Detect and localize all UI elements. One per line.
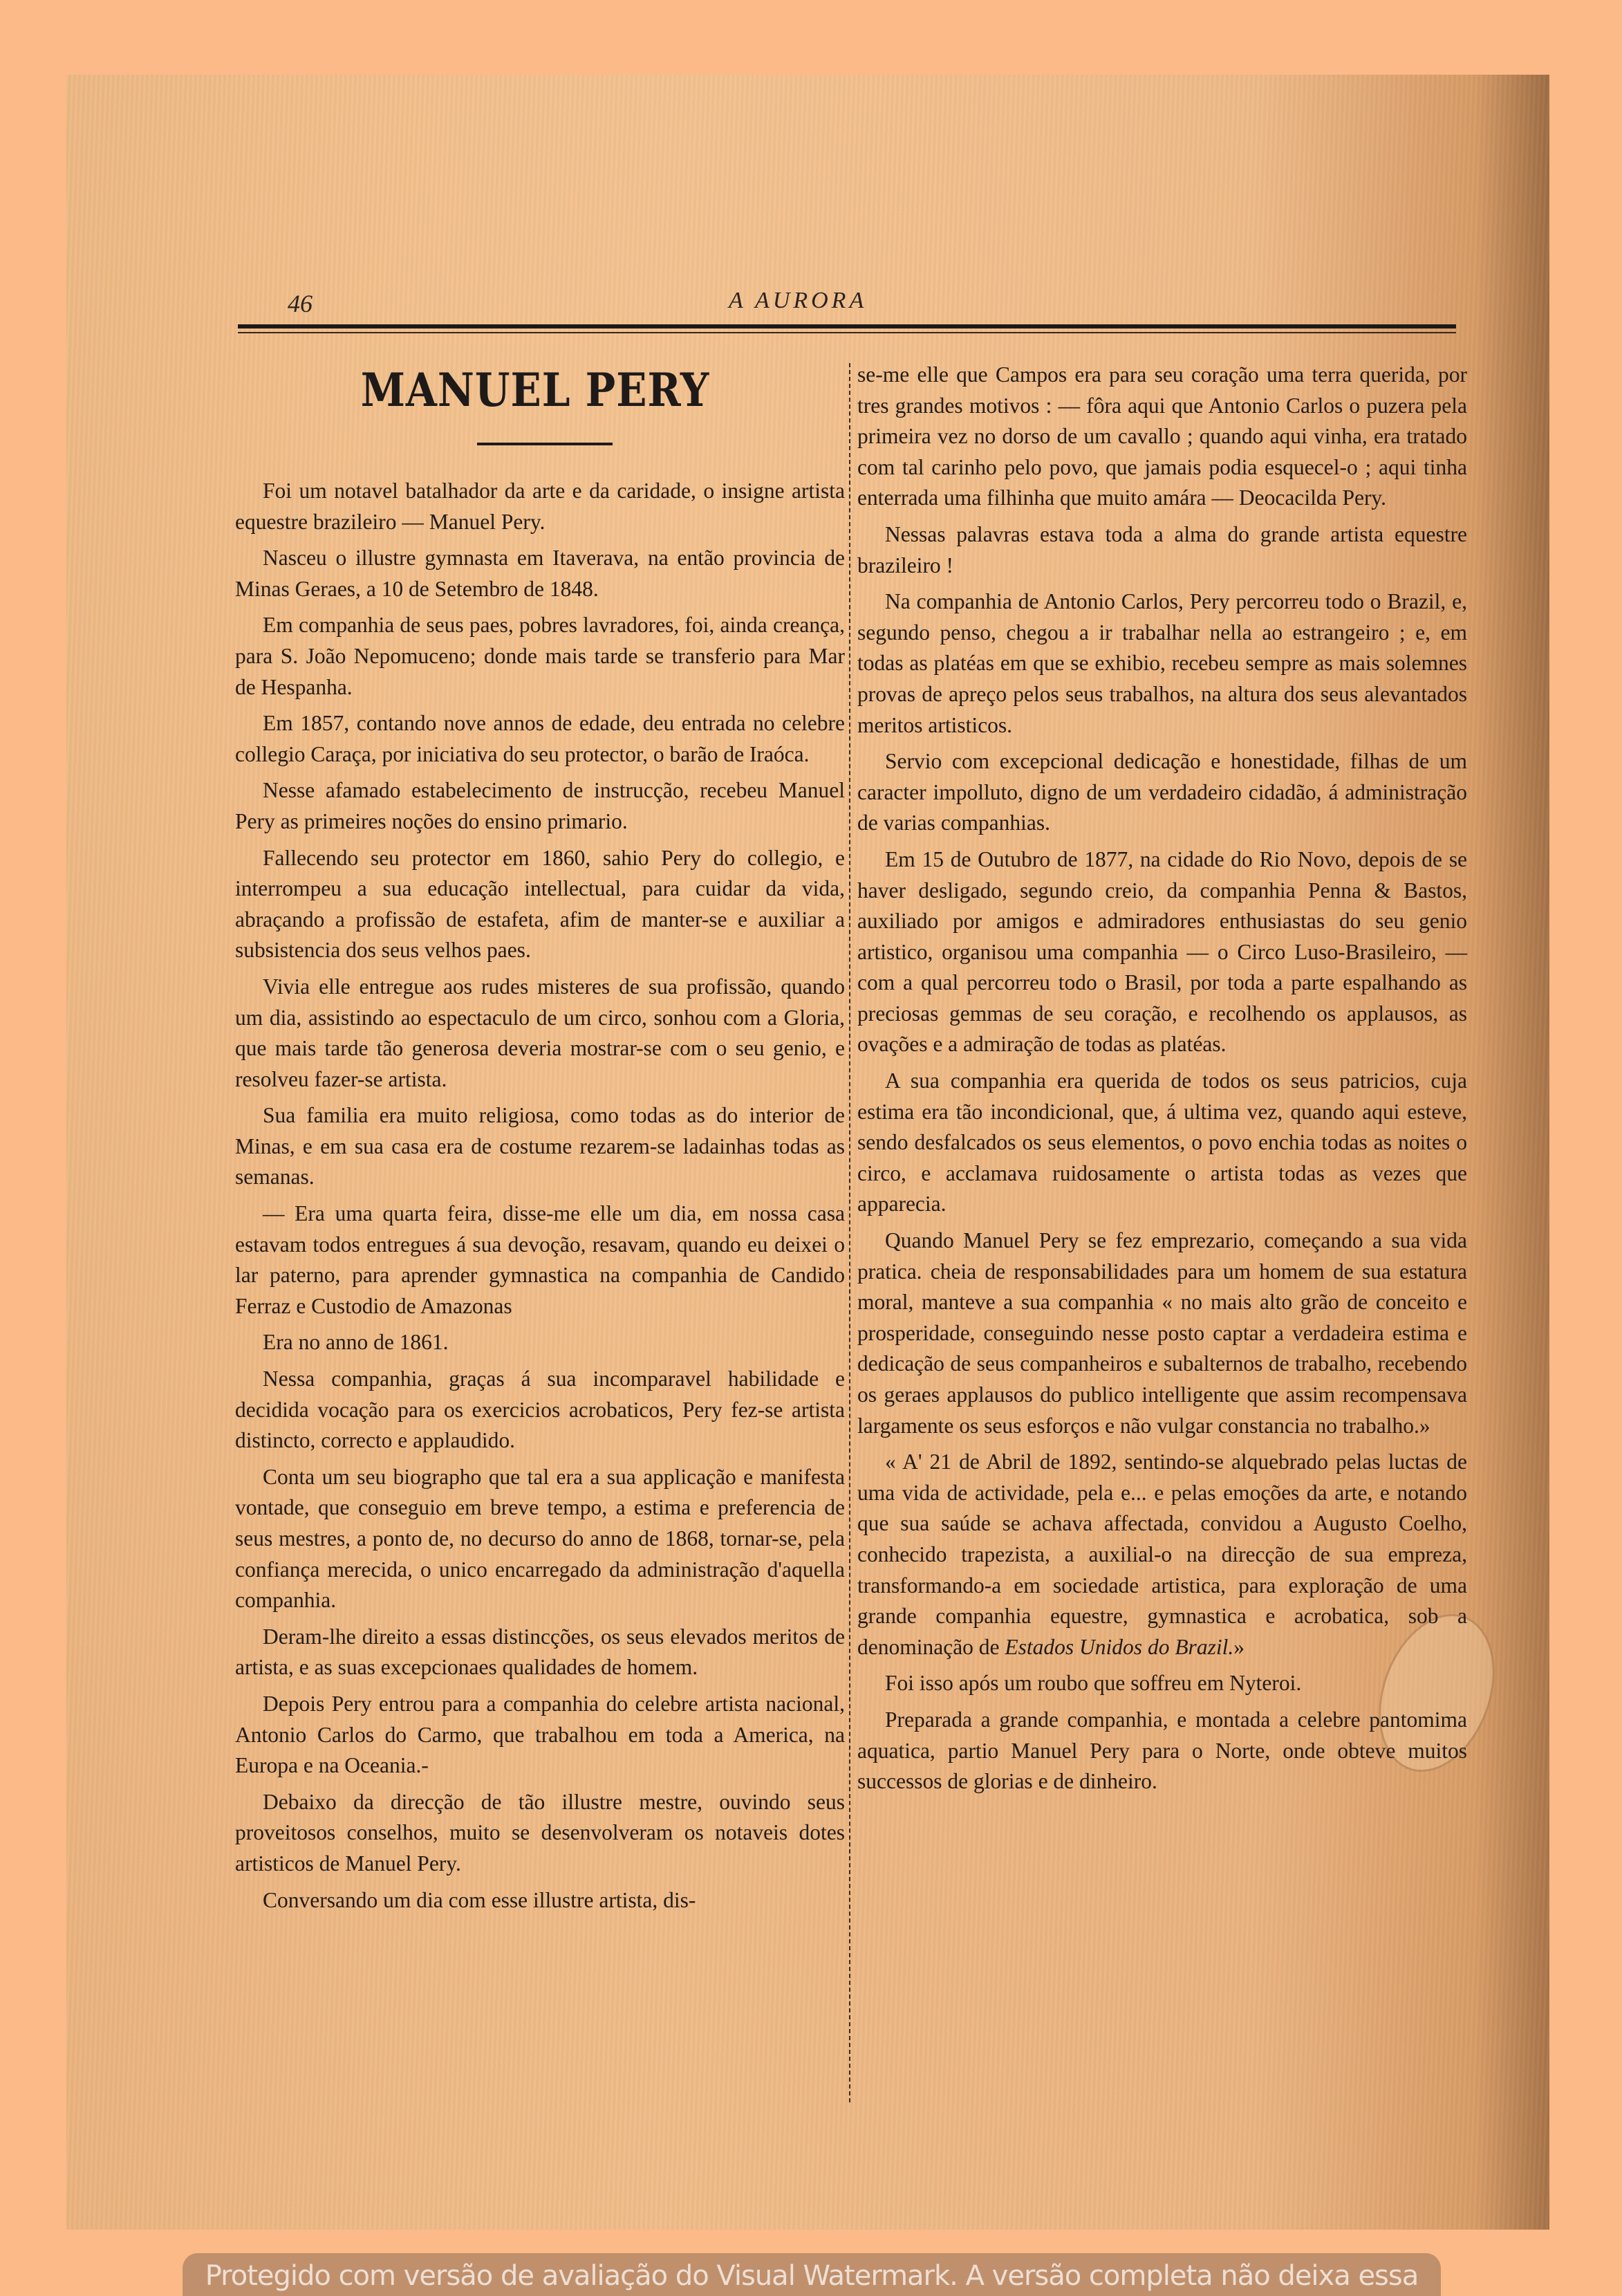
left-column: Foi um notavel batalhador da arte e da c… [235, 476, 845, 1921]
paragraph: Nessa companhia, graças á sua incomparav… [235, 1364, 845, 1456]
paragraph: Fallecendo seu protector em 1860, sahio … [235, 843, 845, 966]
paragraph: Nasceu o illustre gymnasta em Itaverava,… [235, 543, 845, 604]
paragraph: Sua familia era muito religiosa, como to… [235, 1100, 845, 1193]
paragraph: Conta um seu biographo que tal era a sua… [235, 1462, 845, 1616]
italic-company-name: Estados Unidos do Brazil. [1005, 1635, 1233, 1659]
paragraph: Nessas palavras estava toda a alma do gr… [857, 519, 1467, 581]
header-rule-thick [238, 324, 1456, 328]
column-separator [849, 363, 850, 2102]
paragraph: Preparada a grande companhia, e montada … [857, 1705, 1467, 1797]
paragraph: Em 15 de Outubro de 1877, na cidade do R… [857, 844, 1467, 1060]
paragraph: Debaixo da direcção de tão illustre mest… [235, 1787, 845, 1880]
paragraph: Na companhia de Antonio Carlos, Pery per… [857, 586, 1467, 741]
paragraph: « A' 21 de Abril de 1892, sentindo-se al… [857, 1447, 1467, 1663]
page-number: 46 [288, 289, 313, 318]
title-divider [477, 443, 613, 445]
header-rule-thin [238, 332, 1456, 333]
paragraph: Em 1857, contando nove annos de edade, d… [235, 708, 845, 770]
paragraph: Era no anno de 1861. [235, 1327, 845, 1358]
running-header: 46 A AURORA [238, 284, 1458, 318]
paragraph: Servio com excepcional dedicação e hones… [857, 746, 1467, 839]
watermark-notice: Protegido com versão de avaliação do Vis… [183, 2253, 1441, 2296]
paragraph: Depois Pery entrou para a companhia do c… [235, 1689, 845, 1781]
paragraph: Nesse afamado estabelecimento de instruc… [235, 775, 845, 837]
paragraph: Vivia elle entregue aos rudes misteres d… [235, 972, 845, 1095]
paragraph: Foi um notavel batalhador da arte e da c… [235, 476, 845, 537]
paragraph: A sua companhia era querida de todos os … [857, 1066, 1467, 1220]
right-column: se-me elle que Campos era para seu coraç… [857, 360, 1467, 1803]
paragraph: Foi isso após um roubo que soffreu em Ny… [857, 1668, 1467, 1699]
paragraph: se-me elle que Campos era para seu coraç… [857, 360, 1467, 514]
paragraph: Em companhia de seus paes, pobres lavrad… [235, 610, 845, 703]
journal-name: A AURORA [729, 288, 867, 314]
paragraph: Quando Manuel Pery se fez emprezario, co… [857, 1225, 1467, 1441]
paragraph: Deram-lhe direito a essas distincções, o… [235, 1622, 845, 1683]
paragraph: — Era uma quarta feira, disse-me elle um… [235, 1198, 845, 1322]
article-title: MANUEL PERY [238, 363, 832, 417]
paragraph: Conversando um dia com esse illustre art… [235, 1885, 845, 1916]
